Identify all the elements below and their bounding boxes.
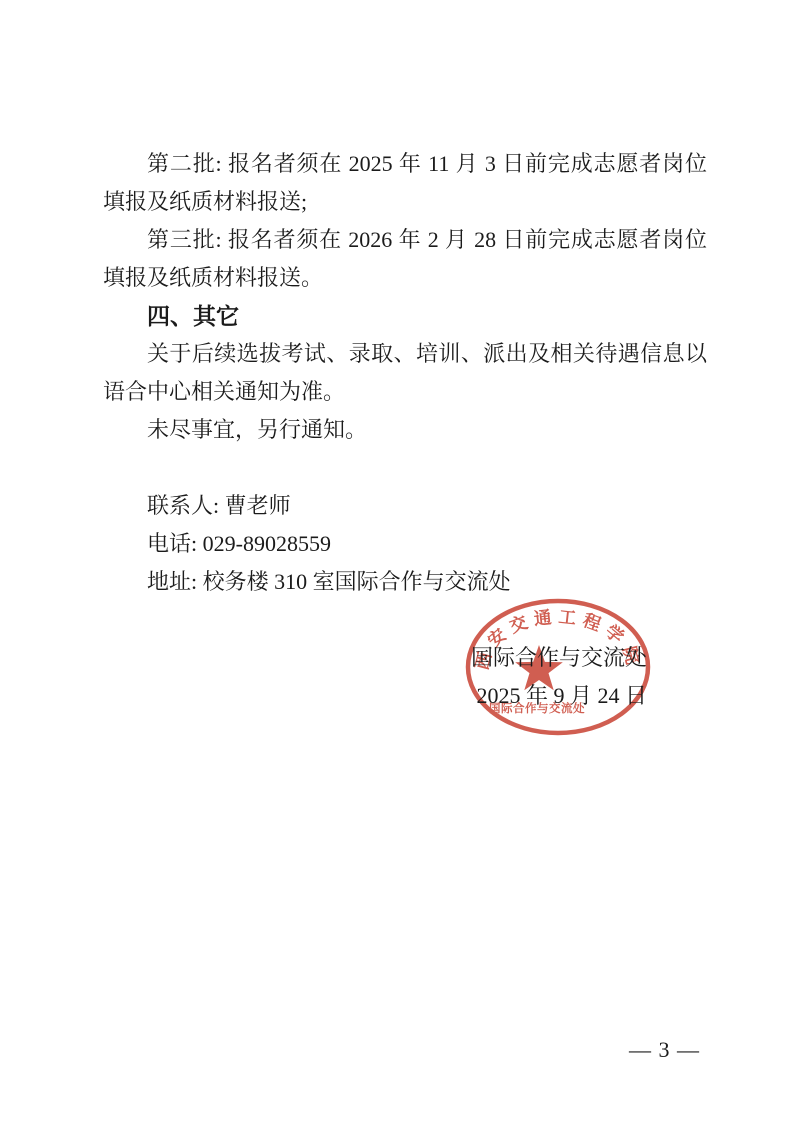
- paragraph-follow-up: 关于后续选拔考试、录取、培训、派出及相关待遇信息以语合中心相关通知为准。: [103, 335, 707, 411]
- paragraph-batch-3: 第三批: 报名者须在 2026 年 2 月 28 日前完成志愿者岗位填报及纸质材…: [103, 221, 707, 297]
- paragraph-batch-2: 第二批: 报名者须在 2025 年 11 月 3 日前完成志愿者岗位填报及纸质材…: [103, 145, 707, 221]
- document-page: 西安交通工程学院 国际合作与交流处 第二批: 报名者须在 2025 年 11 月…: [0, 0, 800, 1131]
- contact-person-line: 联系人: 曹老师: [103, 487, 707, 525]
- page-number: — 3 —: [629, 1036, 700, 1064]
- contact-block: 联系人: 曹老师 电话: 029-89028559 地址: 校务楼 310 室国…: [103, 487, 707, 601]
- section-heading: 四、其它: [103, 297, 707, 335]
- signature-org: 国际合作与交流处: [103, 639, 647, 677]
- signature-block: 国际合作与交流处 2025 年 9 月 24 日: [103, 639, 707, 715]
- document-body: 第二批: 报名者须在 2025 年 11 月 3 日前完成志愿者岗位填报及纸质材…: [103, 145, 707, 715]
- contact-address-line: 地址: 校务楼 310 室国际合作与交流处: [103, 563, 707, 601]
- contact-phone-line: 电话: 029-89028559: [103, 525, 707, 563]
- paragraph-future-notice: 未尽事宜，另行通知。: [103, 411, 707, 449]
- signature-date: 2025 年 9 月 24 日: [103, 677, 647, 715]
